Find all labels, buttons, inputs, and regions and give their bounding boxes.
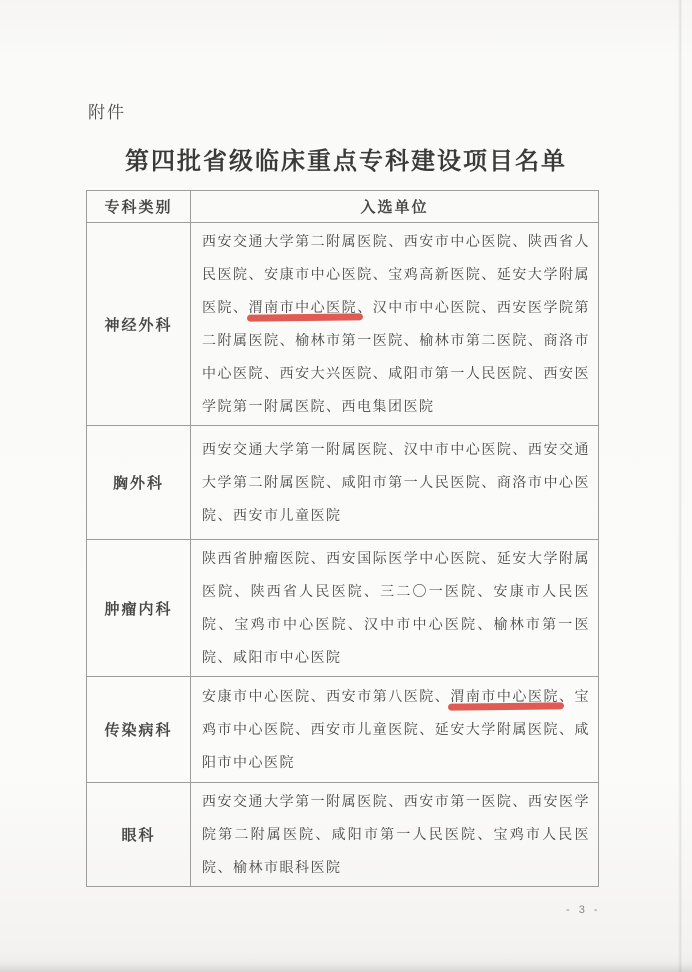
units-text: 陕西省肿瘤医院、西安国际医学中心医院、延安大学附属医院、陕西省人民医院、三二〇一… bbox=[202, 550, 590, 665]
specialty-table: 专科类别 入选单位 神经外科西安交通大学第二附属医院、西安市中心医院、陕西省人民… bbox=[86, 190, 599, 887]
table-row: 眼科西安交通大学第一附属医院、西安市第一医院、西安医学院第二附属医院、咸阳市第一… bbox=[87, 783, 599, 887]
document-title: 第四批省级临床重点专科建设项目名单 bbox=[0, 141, 692, 176]
category-cell: 胸外科 bbox=[87, 426, 191, 540]
specialty-table-body: 神经外科西安交通大学第二附属医院、西安市中心医院、陕西省人民医院、安康市中心医院… bbox=[87, 223, 599, 887]
units-text: 安康市中心医院、西安市第八医院、 bbox=[202, 688, 450, 704]
red-underlined-hospital: 渭南市中心医院 bbox=[249, 299, 358, 315]
page-number: - 3 - bbox=[566, 904, 601, 916]
red-underlined-hospital: 渭南市中心医院 bbox=[450, 688, 559, 704]
units-cell: 安康市中心医院、西安市第八医院、渭南市中心医院、宝鸡市中心医院、西安市儿童医院、… bbox=[191, 677, 599, 783]
table-row: 神经外科西安交通大学第二附属医院、西安市中心医院、陕西省人民医院、安康市中心医院… bbox=[87, 223, 599, 426]
units-cell: 西安交通大学第二附属医院、西安市中心医院、陕西省人民医院、安康市中心医院、宝鸡高… bbox=[191, 223, 599, 426]
table-row: 胸外科西安交通大学第一附属医院、汉中市中心医院、西安交通大学第二附属医院、咸阳市… bbox=[87, 426, 599, 540]
attachment-label: 附件 bbox=[88, 98, 126, 123]
category-cell: 眼科 bbox=[87, 783, 191, 887]
table-row: 肿瘤内科陕西省肿瘤医院、西安国际医学中心医院、延安大学附属医院、陕西省人民医院、… bbox=[87, 540, 599, 677]
category-cell: 传染病科 bbox=[87, 677, 191, 783]
column-header-units: 入选单位 bbox=[191, 191, 599, 223]
table-header-row: 专科类别 入选单位 bbox=[87, 191, 599, 223]
column-header-category: 专科类别 bbox=[87, 191, 191, 223]
category-cell: 肿瘤内科 bbox=[87, 540, 191, 677]
table-row: 传染病科安康市中心医院、西安市第八医院、渭南市中心医院、宝鸡市中心医院、西安市儿… bbox=[87, 677, 599, 783]
paper-edge-bottom bbox=[0, 963, 692, 972]
units-text: 西安交通大学第一附属医院、西安市第一医院、西安医学院第二附属医院、咸阳市第一人民… bbox=[202, 793, 590, 875]
units-cell: 西安交通大学第一附属医院、西安市第一医院、西安医学院第二附属医院、咸阳市第一人民… bbox=[191, 783, 599, 887]
category-cell: 神经外科 bbox=[87, 223, 191, 426]
units-text: 西安交通大学第一附属医院、汉中市中心医院、西安交通大学第二附属医院、咸阳市第一人… bbox=[202, 441, 590, 523]
units-cell: 陕西省肿瘤医院、西安国际医学中心医院、延安大学附属医院、陕西省人民医院、三二〇一… bbox=[191, 540, 599, 677]
units-cell: 西安交通大学第一附属医院、汉中市中心医院、西安交通大学第二附属医院、咸阳市第一人… bbox=[191, 426, 599, 540]
